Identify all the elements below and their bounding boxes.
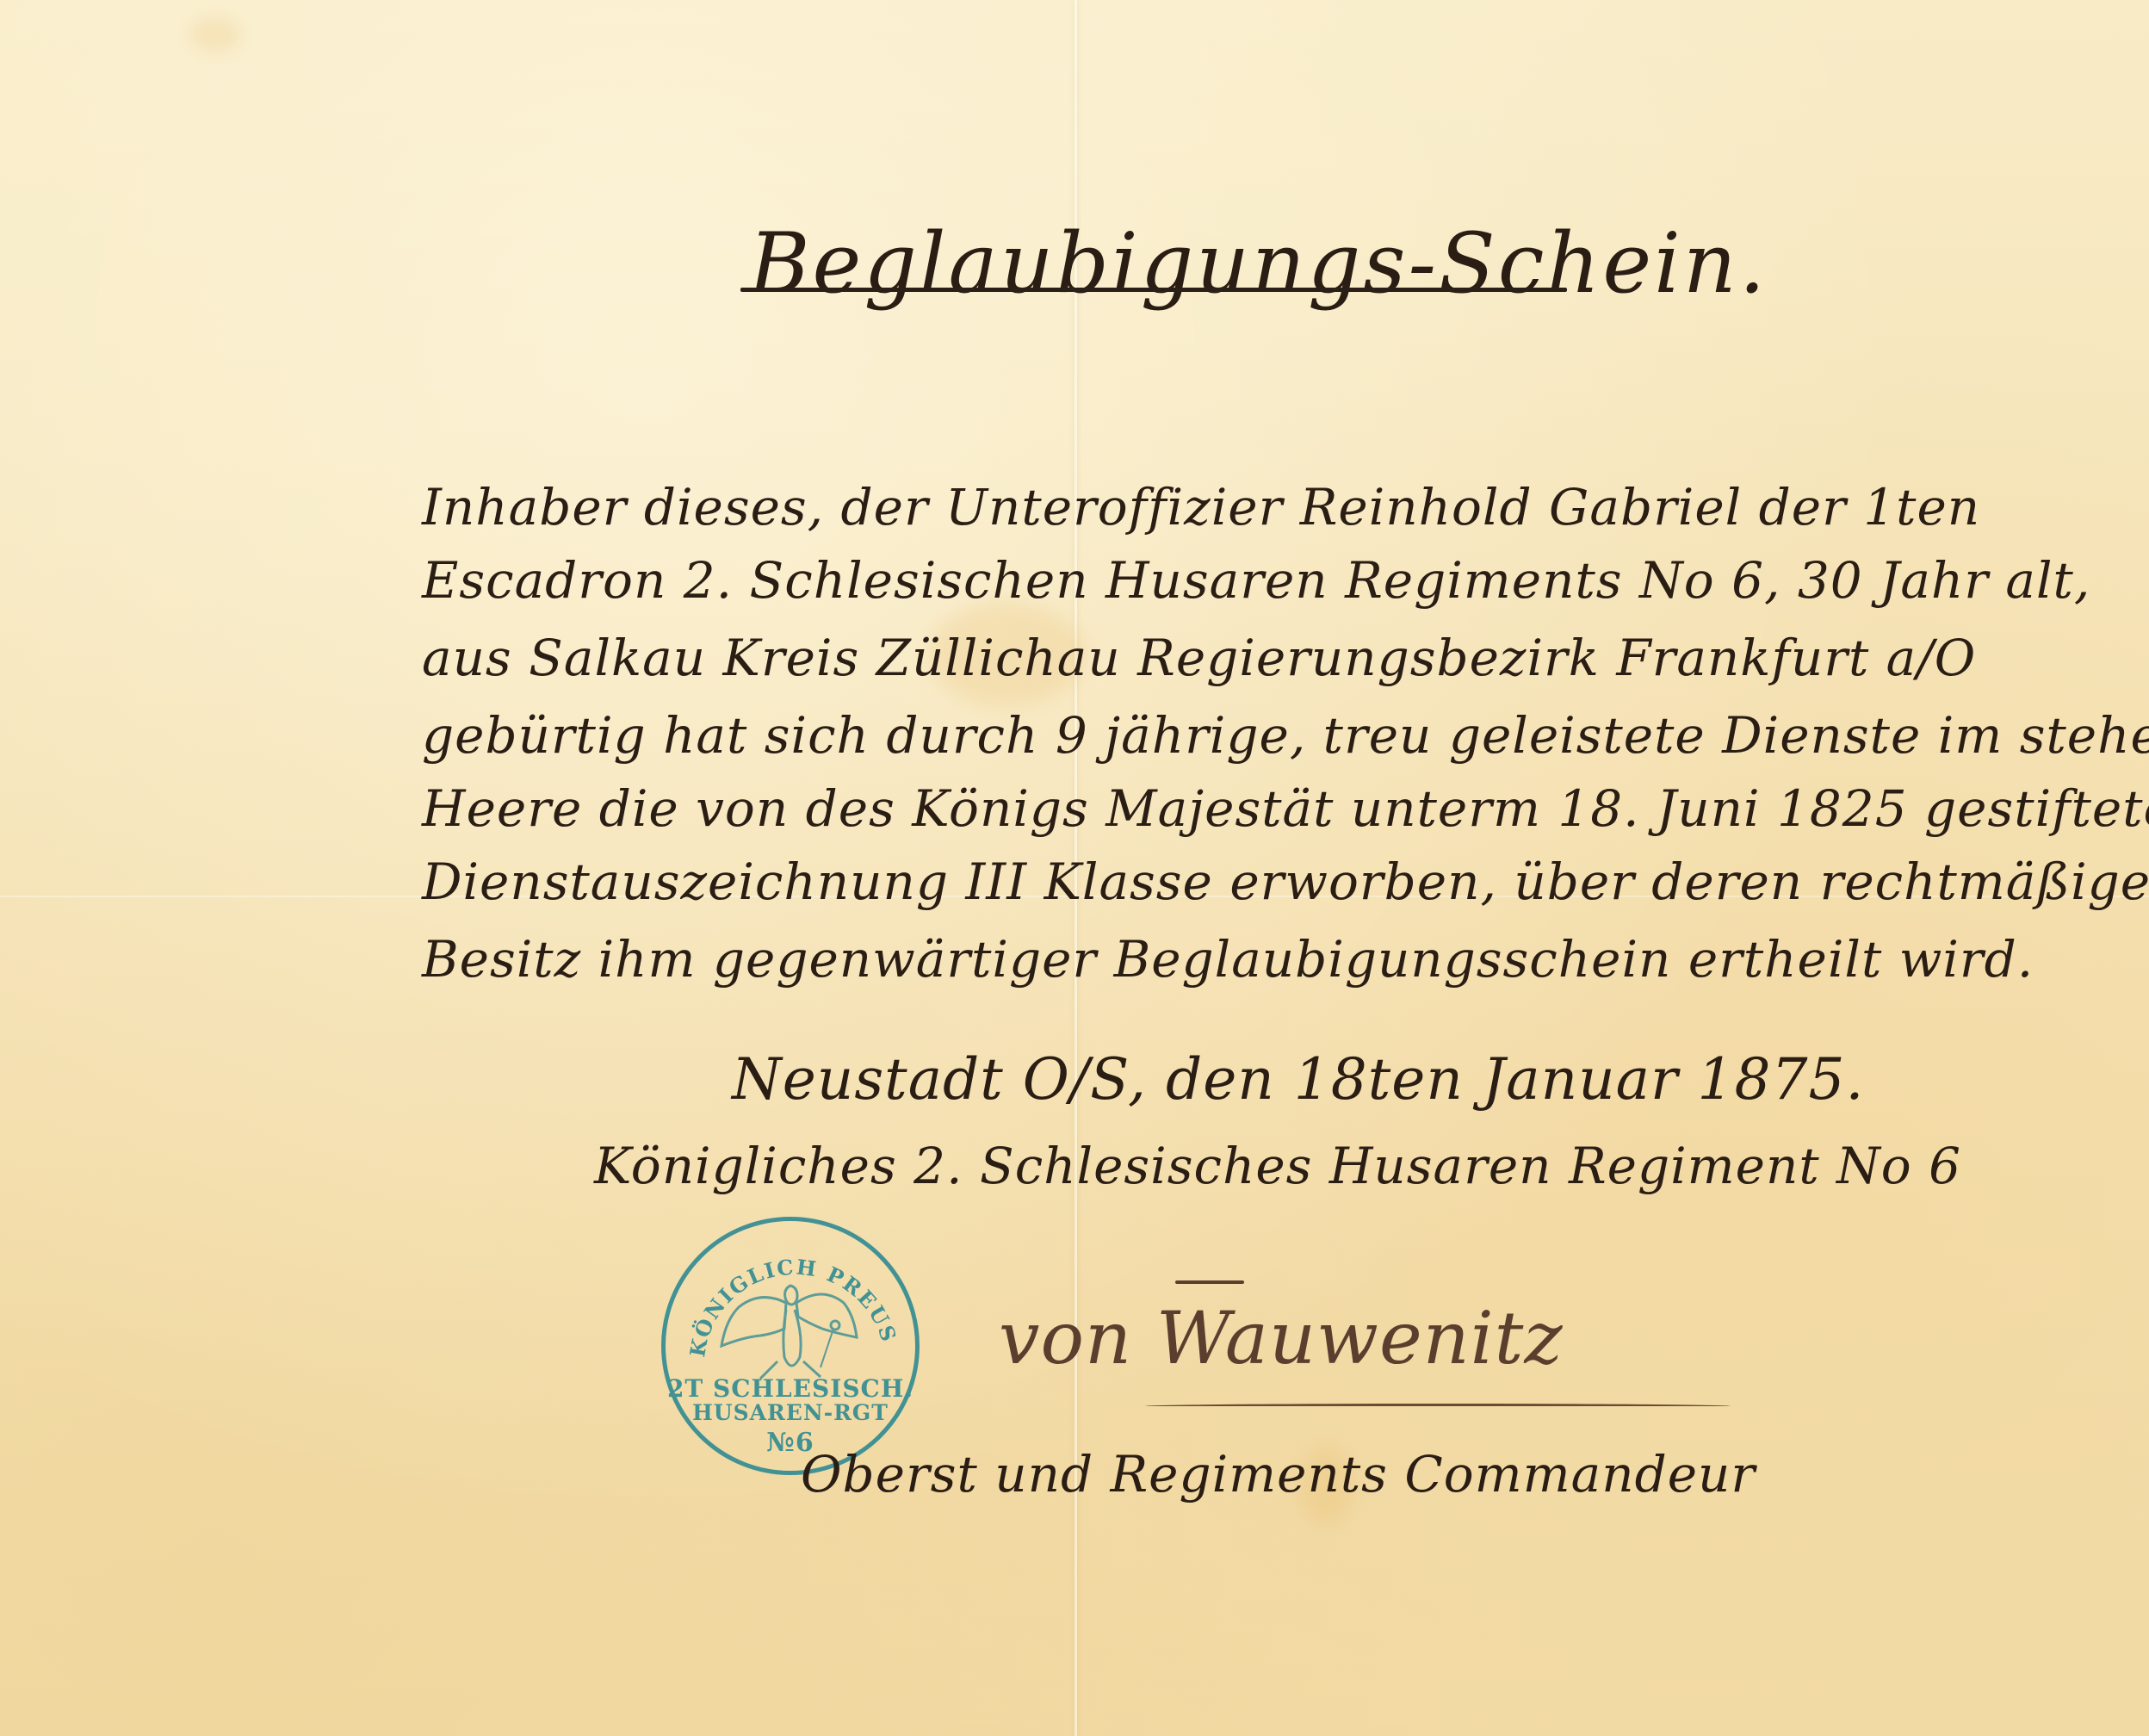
prussian-eagle-icon	[717, 1268, 864, 1389]
signatory-title: Oberst und Regiments Commandeur	[801, 1445, 1756, 1503]
body-line-5: Heere die von des Königs Majestät unterm…	[422, 779, 2149, 838]
body-line-2: Escadron 2. Schlesischen Husaren Regimen…	[422, 551, 2090, 610]
place-and-date: Neustadt O/S, den 18ten Januar 1875.	[732, 1046, 1864, 1113]
signature-flourish-underline	[1145, 1404, 1731, 1409]
body-line-3: aus Salkau Kreis Züllichau Regierungsbez…	[422, 629, 1976, 687]
body-line-1: Inhaber dieses, der Unteroffizier Reinho…	[422, 478, 1980, 536]
body-line-4: gebürtig hat sich durch 9 jährige, treu …	[422, 706, 2149, 765]
stamp-text-line-1: 2T SCHLESISCH.	[666, 1374, 915, 1403]
certificate-paper: Beglaubigungs-Schein. Inhaber dieses, de…	[0, 0, 2149, 1736]
regimental-stamp: KÖNIGLICH PREUSSISCH 2T SCHLESISCH. HUSA…	[661, 1217, 920, 1475]
body-line-6: Dienstauszeichnung III Klasse erworben, …	[422, 852, 2149, 911]
age-stain	[189, 17, 241, 52]
commander-signature: von Wauwenitz	[999, 1296, 1564, 1380]
signature-flourish-top	[1175, 1280, 1244, 1284]
issuing-unit: Königliches 2. Schlesisches Husaren Regi…	[594, 1137, 1961, 1195]
stamp-text-line-2: HUSAREN-RGT	[666, 1400, 915, 1425]
body-line-7: Besitz ihm gegenwärtiger Beglaubigungssc…	[422, 930, 2034, 989]
document-title: Beglaubigungs-Schein.	[749, 215, 1768, 312]
title-underline	[740, 288, 1567, 292]
